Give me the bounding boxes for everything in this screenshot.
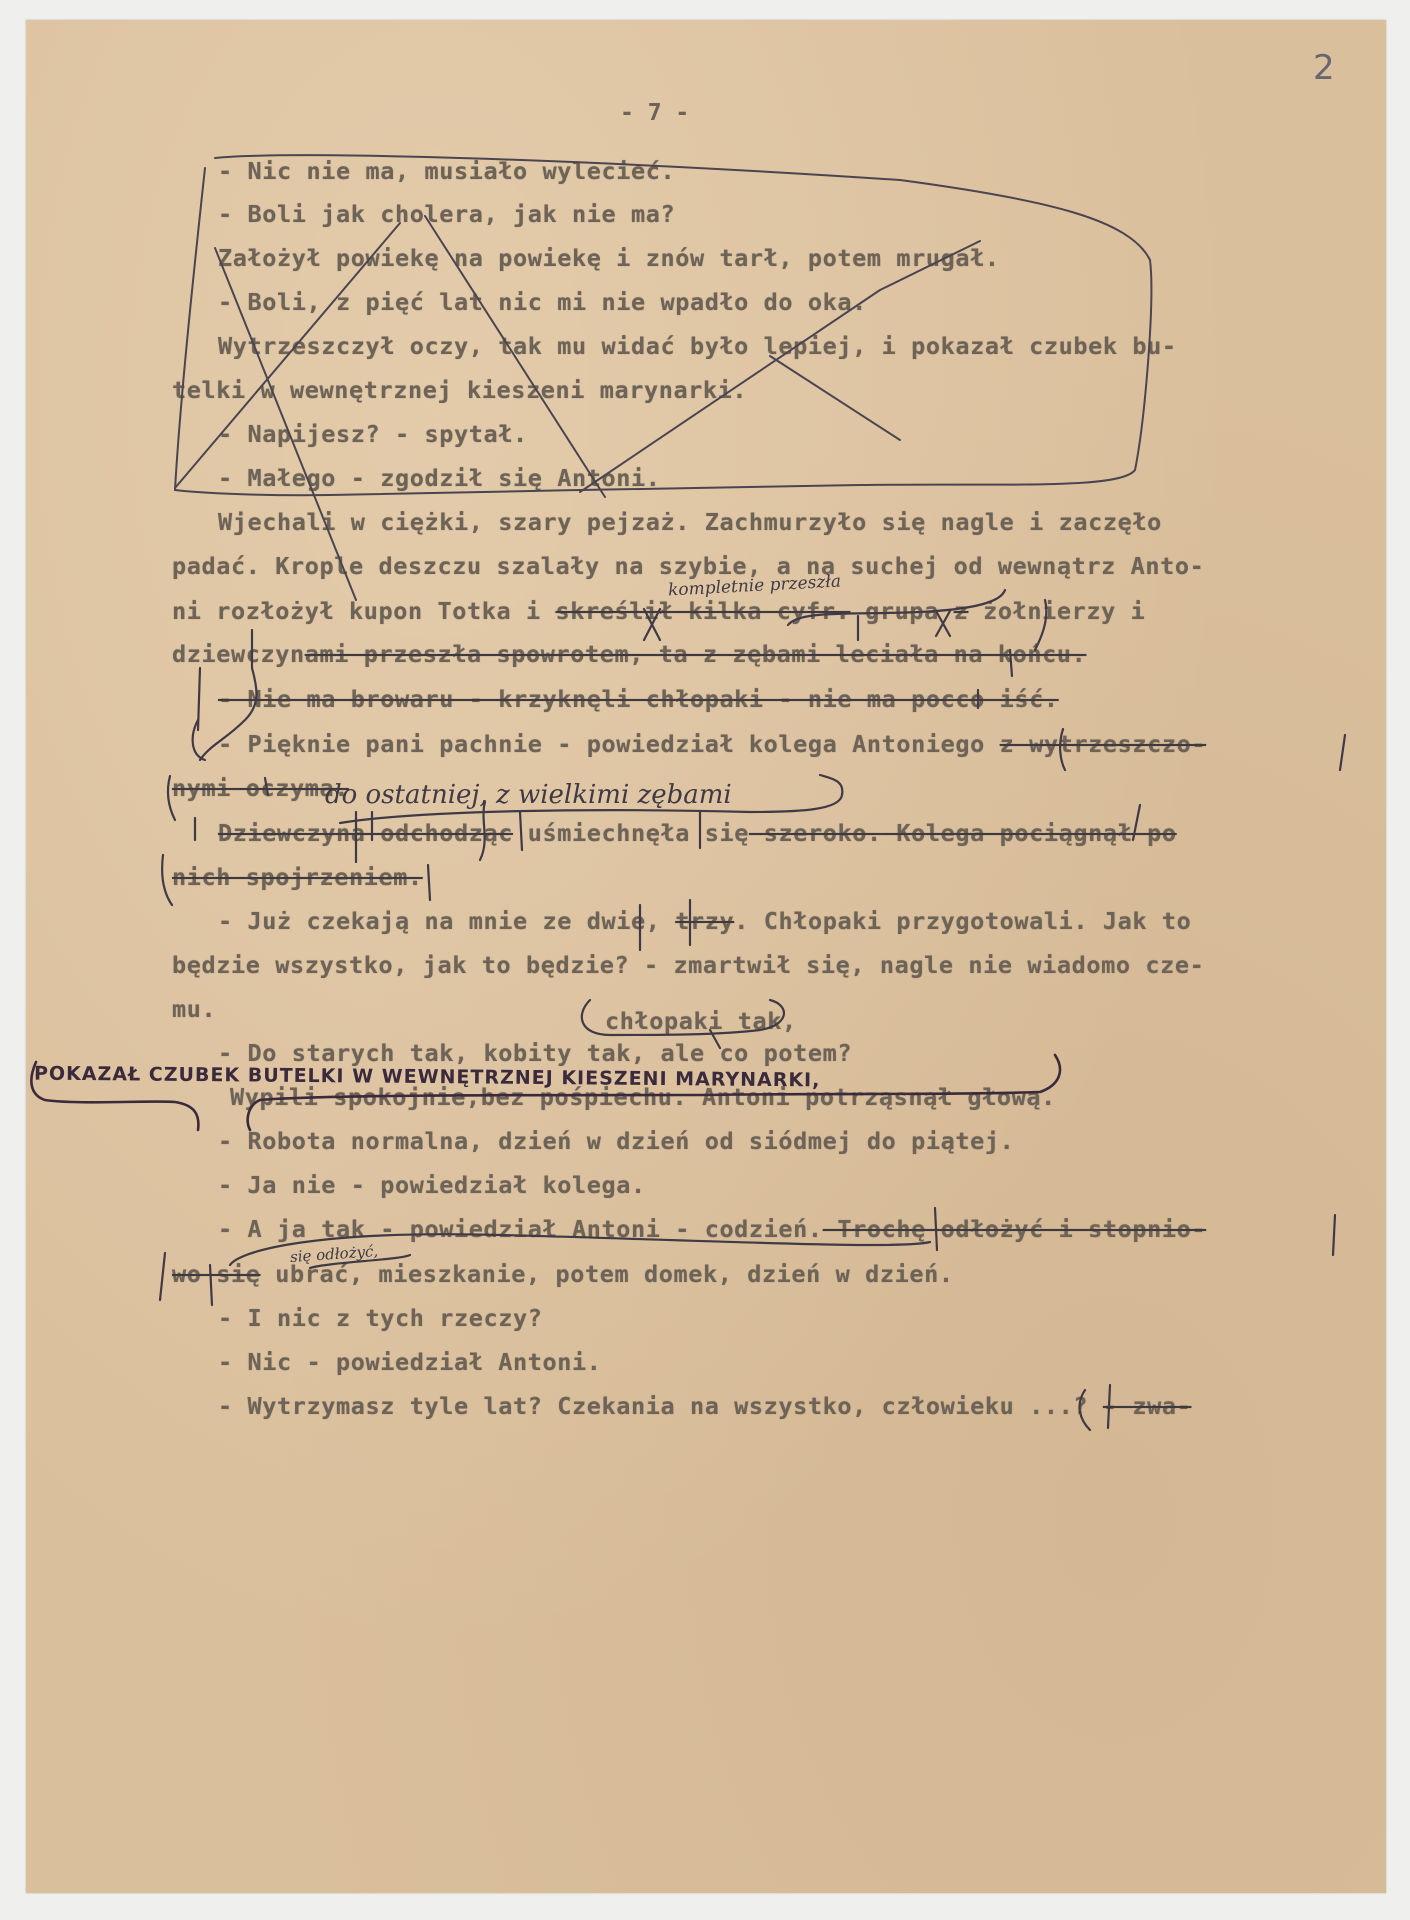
page-number: - 7 - — [620, 100, 689, 126]
typed-line-edited: - Pięknie pani pachnie - powiedział kole… — [218, 733, 1206, 757]
typed-line: - Boli, z pięć lat nic mi nie wpadło do … — [218, 291, 867, 315]
typed-line: - Nic - powiedział Antoni. — [218, 1351, 601, 1375]
typed-line: - Ja nie - powiedział kolega. — [218, 1174, 646, 1198]
typed-line: - Małego - zgodził się Antoni. — [218, 467, 660, 491]
typed-line: - Do starych tak, kobity tak, ale co pot… — [218, 1042, 852, 1066]
typed-line: mu. — [172, 998, 216, 1022]
typed-line-struck: nich spojrzeniem. — [172, 866, 423, 890]
handwritten-sheet-number: 2 — [1313, 48, 1335, 88]
typed-line-edited: - Już czekają na mnie ze dwie, trzy. Chł… — [218, 910, 1191, 934]
typed-line: - Napijesz? - spytał. — [218, 423, 528, 447]
typed-line: Założył powiekę na powiekę i znów tarł, … — [218, 247, 1000, 271]
typed-line-edited: - A ja tak - powiedział Antoni - codzień… — [218, 1218, 1206, 1242]
typed-line-edited: ni rozłożył kupon Totka i skreślił kilka… — [172, 600, 1145, 624]
typed-line: telki w wewnętrznej kieszeni marynarki. — [172, 379, 747, 403]
typed-line: Wjechali w ciężki, szary pejzaż. Zachmur… — [218, 511, 1162, 535]
typed-line: Wytrzeszczył oczy, tak mu widać było lep… — [218, 335, 1177, 359]
typed-line-struck: nymi oczyma. — [172, 777, 349, 801]
handwritten-insertion: do ostatniej, z wielkimi zębami — [325, 782, 732, 808]
typed-line-struck: - Nie ma browaru - krzyknęli chłopaki - … — [218, 688, 1059, 712]
typed-line: będzie wszystko, jak to będzie? - zmartw… — [172, 954, 1204, 978]
typed-line: - Boli jak cholera, jak nie ma? — [218, 203, 675, 227]
typed-line: padać. Krople deszczu szalały na szybie,… — [172, 555, 1204, 579]
typed-line: - I nic z tych rzeczy? — [218, 1307, 542, 1331]
typed-line-edited: Dziewczyna odchodząc uśmiechnęła się sze… — [218, 822, 1177, 846]
typed-line: - Robota normalna, dzień w dzień od siód… — [218, 1130, 1014, 1154]
typed-line-edited: dziewczynami przeszła spowrotem, ta z zę… — [172, 643, 1086, 667]
typed-insertion: chłopaki tak, — [605, 1010, 797, 1034]
typed-line: - Nic nie ma, musiało wylecieć. — [218, 160, 675, 184]
typed-line-edited: - Wytrzymasz tyle lat? Czekania na wszys… — [218, 1395, 1191, 1419]
typed-line-edited: wo się ubrać, mieszkanie, potem domek, d… — [172, 1263, 954, 1287]
